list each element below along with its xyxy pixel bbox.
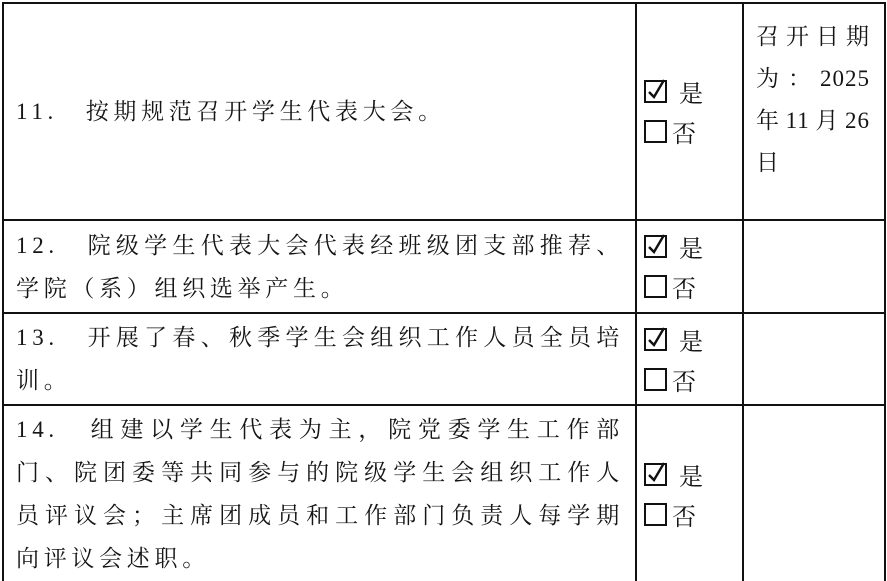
remark-cell xyxy=(743,220,885,313)
answer-cell: 是 否 xyxy=(636,313,743,405)
checked-checkbox-icon[interactable] xyxy=(644,80,667,103)
checked-checkbox-icon[interactable] xyxy=(644,463,667,486)
item-cell: 13. 开展了春、秋季学生会组织工作人员全员培训。 xyxy=(3,313,636,405)
no-label: 否 xyxy=(672,497,696,532)
no-option: 否 xyxy=(644,359,741,399)
item-text: 13. 开展了春、秋季学生会组织工作人员全员培训。 xyxy=(16,325,624,393)
unchecked-checkbox-icon[interactable] xyxy=(644,503,667,526)
item-text: 14. 组建以学生代表为主，院党委学生工作部门、院团委等共同参与的院级学生会组织… xyxy=(16,417,624,571)
unchecked-checkbox-icon[interactable] xyxy=(644,120,667,143)
checklist-table: 11. 按期规范召开学生代表大会。 是 否 召开日期为：2025年11月26日 … xyxy=(2,2,886,581)
answer-cell: 是 否 xyxy=(636,3,743,220)
unchecked-checkbox-icon[interactable] xyxy=(644,275,667,298)
yes-label: 是 xyxy=(679,322,703,357)
remark-cell xyxy=(743,405,885,581)
item-text: 11. 按期规范召开学生代表大会。 xyxy=(16,99,446,124)
remark-cell: 召开日期为：2025年11月26日 xyxy=(743,3,885,220)
item-cell: 14. 组建以学生代表为主，院党委学生工作部门、院团委等共同参与的院级学生会组织… xyxy=(3,405,636,581)
yes-option: 是 xyxy=(644,227,741,267)
yes-label: 是 xyxy=(679,229,703,264)
checked-checkbox-icon[interactable] xyxy=(644,235,667,258)
unchecked-checkbox-icon[interactable] xyxy=(644,368,667,391)
item-cell: 11. 按期规范召开学生代表大会。 xyxy=(3,3,636,220)
no-option: 否 xyxy=(644,112,741,152)
yes-label: 是 xyxy=(679,457,703,492)
item-text: 12. 院级学生代表大会代表经班级团支部推荐、学院（系）组织选举产生。 xyxy=(16,233,624,301)
checked-checkbox-icon[interactable] xyxy=(644,328,667,351)
yes-option: 是 xyxy=(644,319,741,359)
item-cell: 12. 院级学生代表大会代表经班级团支部推荐、学院（系）组织选举产生。 xyxy=(3,220,636,313)
no-option: 否 xyxy=(644,494,741,534)
table-row: 13. 开展了春、秋季学生会组织工作人员全员培训。 是 否 xyxy=(3,313,885,405)
no-option: 否 xyxy=(644,267,741,307)
answer-cell: 是 否 xyxy=(636,220,743,313)
remark-text: 召开日期为：2025年11月26日 xyxy=(756,24,870,175)
table-row: 12. 院级学生代表大会代表经班级团支部推荐、学院（系）组织选举产生。 是 否 xyxy=(3,220,885,313)
no-label: 否 xyxy=(672,114,696,149)
no-label: 否 xyxy=(672,362,696,397)
answer-cell: 是 否 xyxy=(636,405,743,581)
yes-option: 是 xyxy=(644,454,741,494)
table-row: 11. 按期规范召开学生代表大会。 是 否 召开日期为：2025年11月26日 xyxy=(3,3,885,220)
no-label: 否 xyxy=(672,269,696,304)
remark-cell xyxy=(743,313,885,405)
yes-option: 是 xyxy=(644,72,741,112)
yes-label: 是 xyxy=(679,74,703,109)
table-row: 14. 组建以学生代表为主，院党委学生工作部门、院团委等共同参与的院级学生会组织… xyxy=(3,405,885,581)
